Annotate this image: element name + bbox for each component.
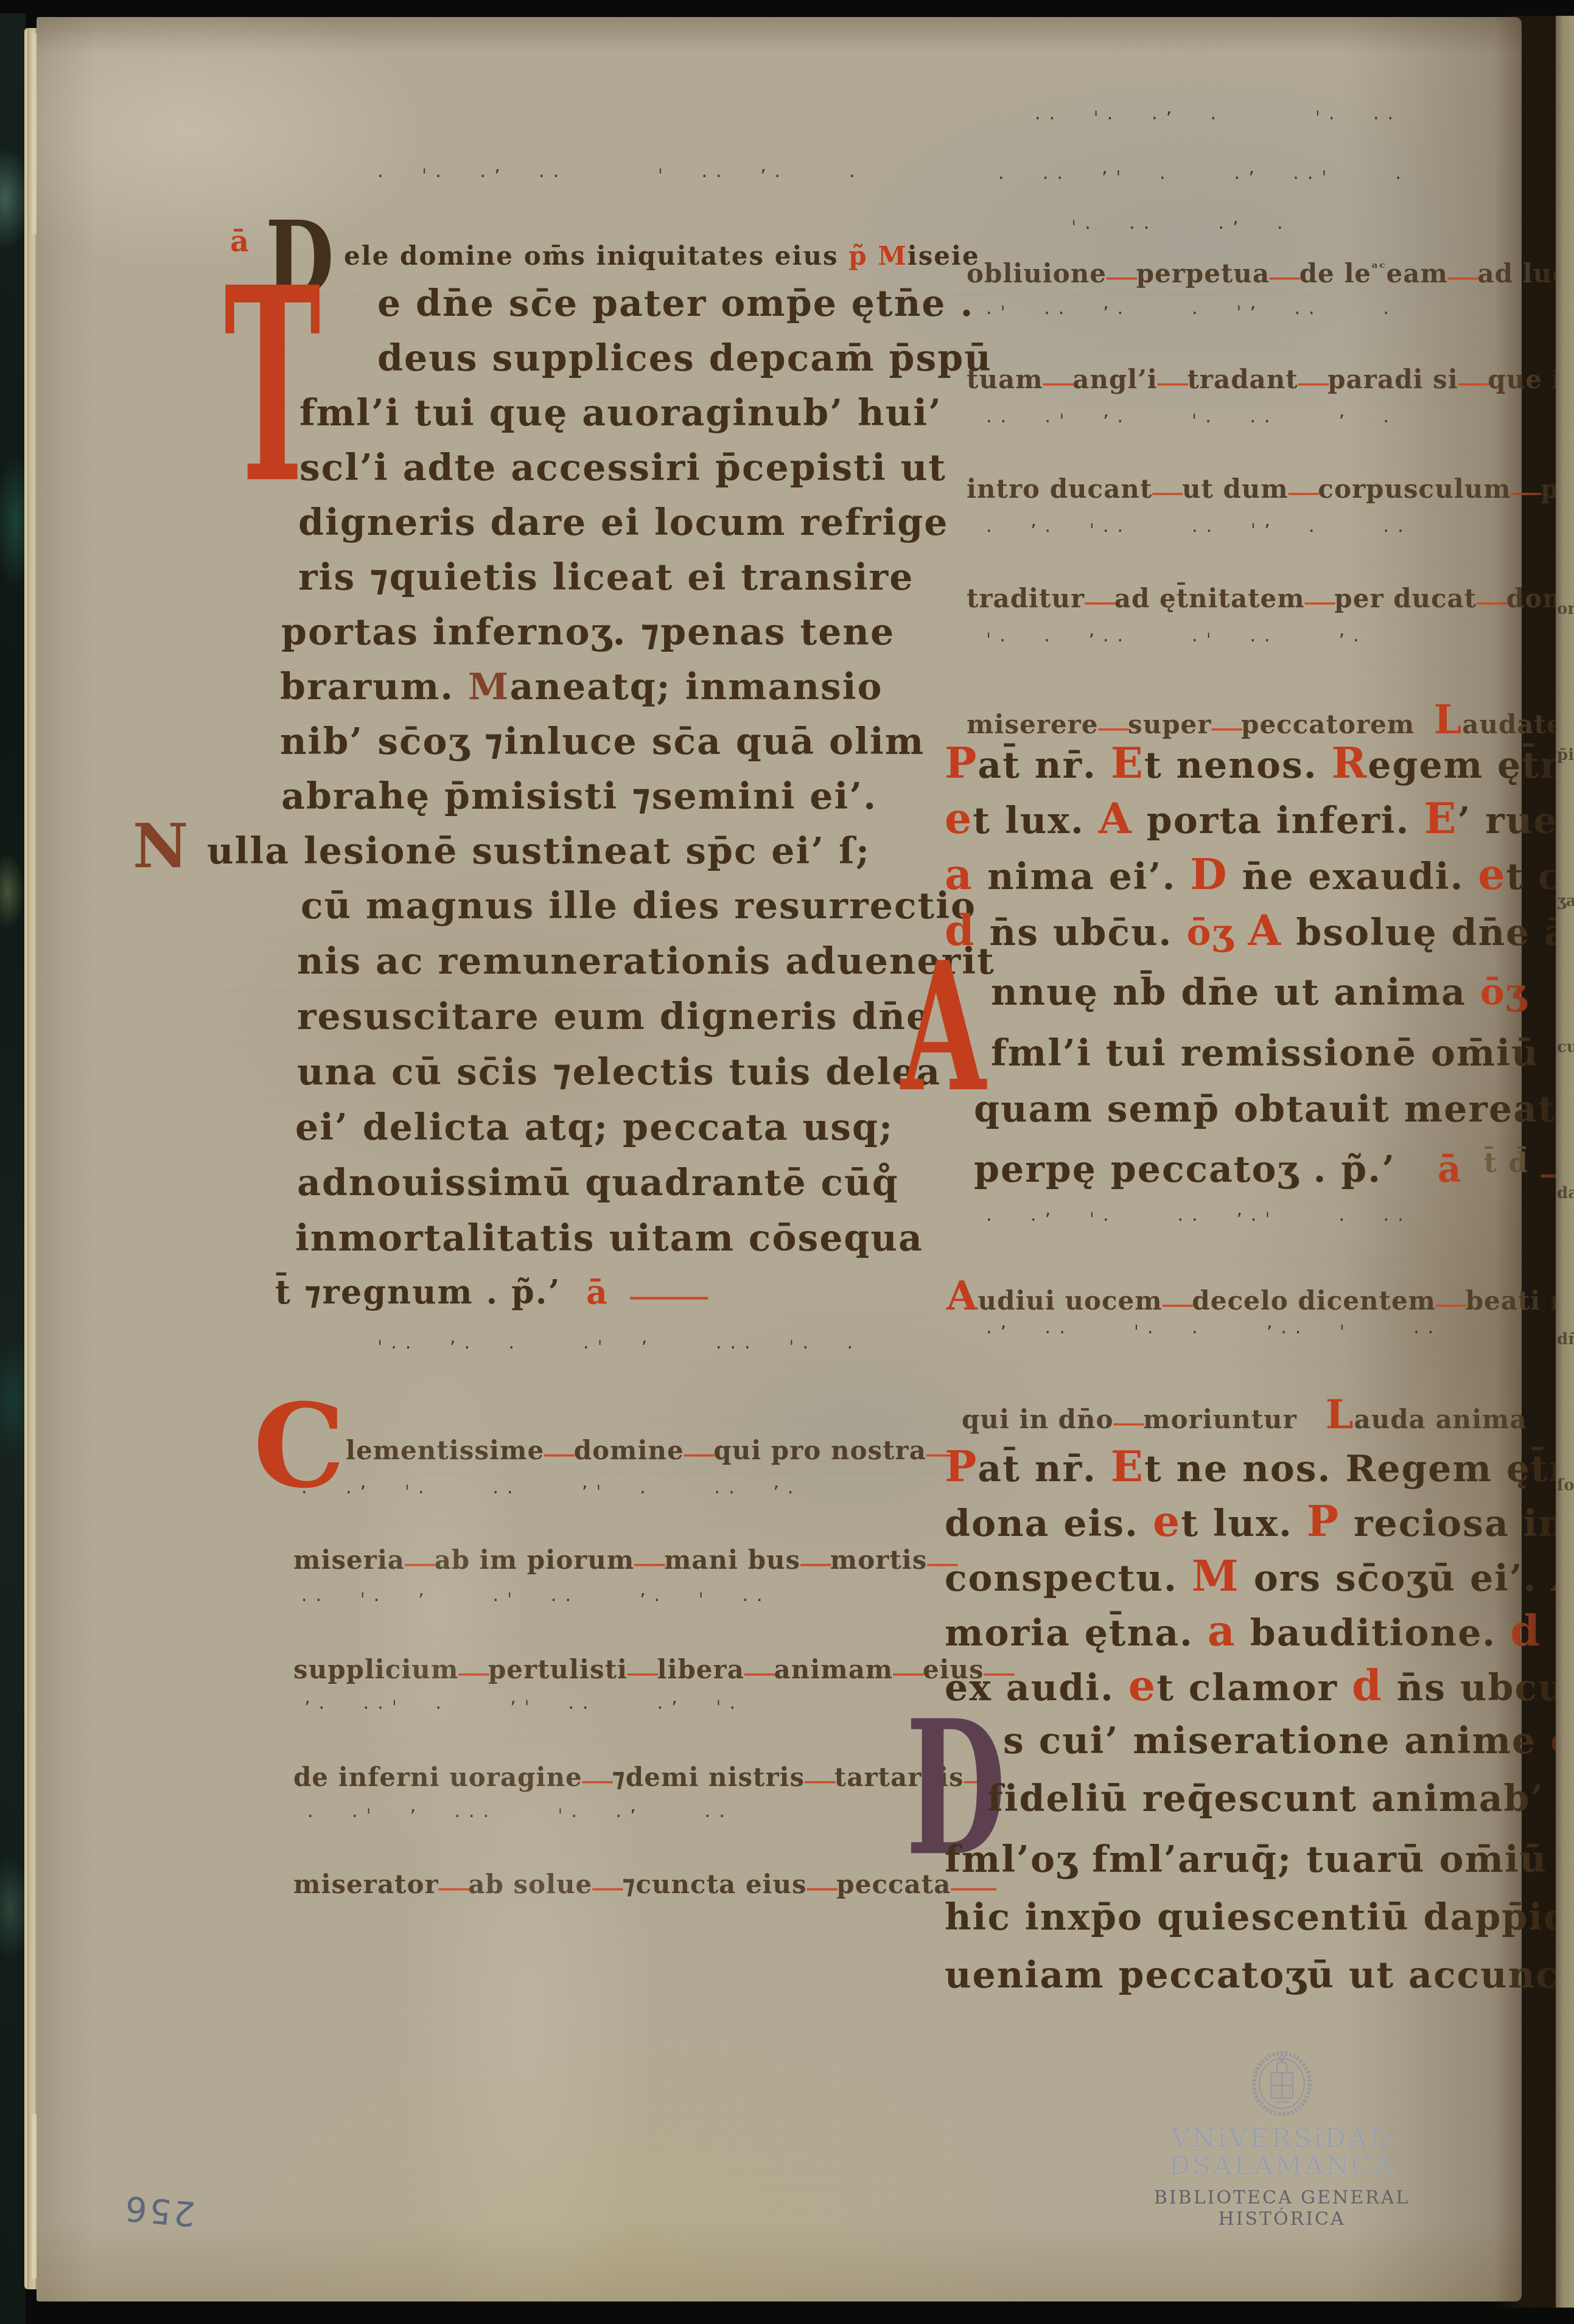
left-column-line-18: nis ac remunerationis aduenerit <box>297 943 995 980</box>
text-segment: ei’ delicta atq; peccata usq; <box>295 1106 894 1149</box>
text-segment: ── <box>1305 588 1335 618</box>
text-segment: ── <box>807 1874 837 1904</box>
text-segment: scl’i adte accessiri p̄cepisti ut <box>299 447 946 489</box>
text-segment: D <box>1190 850 1228 899</box>
text-segment: traditur <box>967 584 1085 613</box>
right-column-neume-band-6: ·· ·ˈ ʼ· ˈ· ·· ʼ · <box>986 411 1397 433</box>
right-column-line-15: d n̄s ubc̄u. ōʒ A bsoluę dn̄e āiā <box>945 910 1574 952</box>
text-segment: animam <box>774 1655 894 1684</box>
text-segment: ōʒ <box>1186 912 1248 954</box>
right-column-line-29: ex audi. et clamor d n̄s ubcum <box>945 1665 1574 1708</box>
right-column-line-14: a nima ei’. D n̄e exaudi. et clamor <box>945 854 1574 896</box>
text-segment: de le <box>1299 259 1371 288</box>
text-segment: P <box>945 1442 978 1492</box>
text-segment: peccatorem <box>1241 710 1433 739</box>
text-segment: ── <box>582 1767 612 1797</box>
text-segment: hic inxp̄o quiescentiū dapp̄ici <box>945 1896 1574 1939</box>
text-segment: ── <box>1152 479 1182 509</box>
initial-N-nulla: N <box>133 822 188 870</box>
right-column-neume-band-10: ˈ· · ʼ·· ·ˈ ·· ʼ· <box>986 630 1368 652</box>
left-column-line-16: ulla lesionē sustineat sp̄c ei’ ſ; <box>207 833 870 870</box>
text-segment: miserere <box>967 710 1098 739</box>
text-segment: dona eis. <box>945 1502 1153 1545</box>
text-segment: ── <box>1158 369 1187 399</box>
text-segment: a <box>945 850 973 899</box>
left-column-line-29: miseria──ab im piorum──mani bus──mortis─… <box>293 1548 957 1578</box>
text-segment: resuscitare eum digneris dn̄e <box>297 996 931 1038</box>
right-column-line-5: tuam──angl’i──tradant──paradi si──que ia… <box>967 367 1574 397</box>
initial-A-annue: A <box>901 957 986 1099</box>
text-segment: adnouissimū quadrantē cūq̊ <box>297 1162 899 1204</box>
right-column-line-19: quam semp̄ obtauit mereatur <box>974 1091 1574 1128</box>
text-segment: ab im piorum <box>435 1545 635 1575</box>
text-segment: moria ęt̄na. <box>945 1612 1208 1655</box>
text-segment: ⁊cuncta eius <box>622 1869 807 1899</box>
left-column-line-11: portas infernoʒ. ⁊penas tene <box>281 614 895 651</box>
text-segment: una cū sc̄is ⁊electis tuis delea <box>297 1051 941 1094</box>
text-segment: bsoluę dn̄e āiā <box>1282 912 1574 954</box>
text-segment: ele domine om̄s iniquitates eius <box>344 241 848 271</box>
text-segment: fml’oʒ fml’aruq̄; tuarū om̄iū <box>945 1838 1547 1881</box>
left-column-neume-band-32: ʼ· ··ˈ · ʼˈ ·· ·ʼ ˈ· <box>304 1698 744 1719</box>
facing-page-text-fragment: ſo <box>1557 1476 1574 1495</box>
text-segment: n̄e exaudi. <box>1228 856 1478 898</box>
right-column-line-28: moria ęt̄na. a bauditione. d n̄e <box>945 1610 1574 1653</box>
text-segment: R <box>1332 739 1368 788</box>
text-segment: ── <box>628 1659 657 1689</box>
stamp-biblioteca: BIBLIOTECA GENERAL HISTÓRICA <box>1149 2187 1415 2230</box>
text-segment: n̄s ubc̄u. <box>976 912 1187 954</box>
right-column-neume-band-21: · ·ʼ ˈ· ·· ʼ·ˈ · ·· <box>986 1210 1412 1231</box>
text-segment: portas infernoʒ. ⁊penas tene <box>281 611 895 654</box>
text-segment: ── <box>405 1550 435 1580</box>
text-segment: perpę peccatoʒ . p̃.’ <box>974 1148 1396 1191</box>
text-segment: porta inferi. <box>1133 800 1424 842</box>
text-segment: supplicium <box>293 1655 458 1684</box>
left-column-line-9: digneris dare ei locum refrige <box>298 504 948 541</box>
text-segment: egem ęt̄nā . <box>1368 744 1574 787</box>
left-column-line-23: inmortalitatis uitam cōsequa <box>295 1220 923 1257</box>
right-column-neume-band-0: ·· ˈ· ·ʼ · ˈ· ·· <box>1035 108 1402 130</box>
text-segment: ── <box>1043 369 1073 399</box>
text-segment: M <box>1192 1552 1240 1601</box>
text-segment: nima ei’. <box>973 856 1190 898</box>
text-segment: ── <box>1511 479 1541 509</box>
text-segment: cū magnus ille dies resurrectio <box>301 885 976 927</box>
text-segment: ── <box>1298 369 1328 399</box>
folio-number: 256 <box>121 2188 197 2233</box>
text-segment: s cui’ miseratione anime <box>1003 1720 1550 1762</box>
text-segment: ā <box>586 1272 609 1311</box>
text-segment: digneris dare ei locum refrige <box>298 501 948 544</box>
text-segment: ut dum <box>1182 474 1289 504</box>
text-segment: miserator <box>293 1869 439 1899</box>
left-column-line-13: nib’ sc̄oʒ ⁊inluce sc̄a quā olim <box>280 724 925 760</box>
text-segment: nnuę nb̄ dn̄e ut anima <box>991 971 1480 1014</box>
text-segment: miseria <box>293 1545 405 1575</box>
text-segment: t clamor <box>1156 1667 1352 1709</box>
left-column-line-3: ele domine om̄s iniquitates eius p̃ Mise… <box>344 243 980 269</box>
text-segment: t̄ ⁊regnum . p̃.’ <box>275 1272 586 1311</box>
text-segment: ── <box>1085 588 1114 618</box>
left-column-line-27: lementissime──domine──qui pro nostra── <box>346 1438 956 1468</box>
initial-C-clementissime: C <box>253 1400 345 1492</box>
text-segment: eam <box>1387 259 1448 288</box>
text-segment: ── <box>1107 263 1136 293</box>
left-column-line-5: e dn̄e sc̄e pater omp̄e ętn̄e . <box>377 285 974 322</box>
left-column-line-24: t̄ ⁊regnum . p̃.’ ā ──── <box>275 1275 707 1314</box>
right-column-neume-band-1: · ·· ʼˈ · ·ʼ ··ˈ · <box>998 168 1410 189</box>
text-segment: fideliū req̄escunt animab’ <box>987 1778 1544 1820</box>
text-segment: ──── <box>609 1279 707 1317</box>
left-column-neume-band-28: · ·ʼ ˈ· ·· ʼˈ · ·· ʼ· <box>301 1482 802 1504</box>
text-segment: qui pro nostra <box>713 1436 926 1465</box>
text-segment: A <box>1248 906 1282 955</box>
left-column-line-20: una cū sc̄is ⁊electis tuis delea <box>297 1054 941 1090</box>
text-segment: ── <box>458 1659 488 1689</box>
text-segment: udiui uocem <box>978 1286 1163 1316</box>
facing-page-text-fragment: dab’ <box>1557 1184 1574 1202</box>
facing-page-text-fragment: cum <box>1557 1038 1574 1056</box>
right-column-line-22: Audiui uocem──decelo dicentem──beati mor… <box>946 1277 1574 1319</box>
right-column-line-13: et lux. A porta inferi. E’ rue dn̄e <box>945 798 1574 840</box>
stamp-salamanca: ÐSALAMANCA <box>1149 2152 1415 2180</box>
text-segment: t̄ d̄ <box>1463 1146 1529 1179</box>
right-column-line-34: hic inxp̄o quiescentiū dapp̄ici <box>945 1899 1574 1936</box>
text-segment: tradant <box>1187 365 1298 394</box>
facing-page-text-fragment: p̄iſ <box>1557 746 1574 764</box>
text-segment: pertulisti <box>488 1655 628 1684</box>
text-segment: domine <box>574 1436 684 1465</box>
right-column-line-7: intro ducant──ut dum──corpusculum──pulue… <box>967 476 1574 507</box>
left-column-line-14: abrahę p̄misisti ⁊semini ei’. <box>281 778 877 815</box>
text-segment: brarum. <box>280 666 468 708</box>
text-segment: super <box>1128 710 1211 739</box>
facing-page-text-fragment: om̄i <box>1557 600 1574 618</box>
right-column-line-17: nnuę nb̄ dn̄e ut anima ōʒ <box>991 974 1528 1011</box>
text-segment: moriuntur <box>1143 1405 1326 1434</box>
manuscript-photo-scene: VNiVERSiDAD ÐSALAMANCA BIBLIOTECA GENERA… <box>0 0 1574 2324</box>
left-column-neume-band-25: ˈ·· ʼ· · ·ˈ ʼ ··· ˈ· · <box>377 1338 861 1359</box>
text-segment: mortis <box>830 1545 928 1575</box>
right-column-line-24: qui in dn̄o──moriuntur Lauda anima <box>962 1395 1527 1437</box>
text-segment: p̃ <box>848 241 878 271</box>
text-segment: deus supplices depcam̄ p̄spū <box>377 337 992 380</box>
text-segment: abrahę p̄misisti ⁊semini ei’. <box>281 775 877 818</box>
left-column-line-17: cū magnus ille dies resurrectio <box>301 888 976 924</box>
text-segment: ── <box>805 1767 834 1797</box>
text-segment: reciosa in <box>1340 1502 1566 1545</box>
text-segment: ── <box>744 1659 774 1689</box>
right-column-line-33: fml’oʒ fml’aruq̄; tuarū om̄iū <box>945 1841 1547 1878</box>
text-segment: L <box>1326 1392 1354 1438</box>
text-segment: aneatq; inmansio <box>509 666 883 708</box>
text-segment: ad ęt̄nitatem <box>1114 584 1305 613</box>
text-segment: ── <box>1270 263 1299 293</box>
text-segment: ── <box>1289 479 1318 509</box>
text-segment: ── <box>439 1874 469 1904</box>
text-segment: d <box>1352 1661 1383 1711</box>
text-segment: ── <box>800 1550 830 1580</box>
text-segment: ── <box>1448 263 1478 293</box>
text-segment: ── <box>592 1874 622 1904</box>
text-segment: A <box>1099 794 1133 843</box>
text-segment: nib’ sc̄oʒ ⁊inluce sc̄a quā olim <box>280 721 925 763</box>
text-segment: ── <box>1436 1291 1466 1321</box>
text-segment: M <box>468 666 509 708</box>
text-segment: fml’i tui quę auoraginub’ hui’ <box>299 392 942 434</box>
text-segment: E <box>1111 739 1144 788</box>
text-segment: e <box>945 794 973 843</box>
text-segment: e dn̄e sc̄e pater omp̄e ętn̄e . <box>377 282 974 325</box>
right-column-line-11: miserere──super──peccatorem Laudate dm̄i… <box>967 700 1574 742</box>
right-column-line-27: conspectu. M ors sc̄oʒū ei’. An me <box>945 1555 1574 1598</box>
left-column-line-10: ris ⁊quietis liceat ei transire <box>298 559 914 596</box>
text-segment: M <box>878 241 908 271</box>
right-column-line-32: fideliū req̄escunt animab’ <box>987 1781 1544 1817</box>
text-segment: ⁊demi nistris <box>612 1762 805 1792</box>
text-segment: ōʒ <box>1480 971 1528 1014</box>
text-segment: ── <box>1458 369 1488 399</box>
text-segment: de inferni uoragine <box>293 1762 582 1792</box>
text-segment: ulla lesionē sustineat sp̄c ei’ ſ; <box>207 830 870 873</box>
text-segment: ā <box>1396 1148 1463 1191</box>
right-column-line-31: s cui’ miseratione anime ōʒ <box>1003 1723 1574 1759</box>
left-column-line-12: brarum. Maneatq; inmansio <box>280 669 883 705</box>
left-column-line-6: deus supplices depcam̄ p̄spū <box>377 340 992 377</box>
text-segment: t lux. <box>1181 1502 1307 1545</box>
text-segment: E <box>1424 794 1457 843</box>
text-segment: ueniam peccatoʒū ut accunctis <box>945 1954 1574 1997</box>
text-segment: ── <box>684 1440 714 1470</box>
text-segment: ── <box>544 1440 574 1470</box>
text-segment: mani bus <box>664 1545 800 1575</box>
text-segment: e <box>1478 850 1506 899</box>
right-column-neume-band-4: ·ˈ ·· ʼ· · ˈʼ ·· · <box>986 303 1397 324</box>
left-column-neume-band-0: · ˈ· ·ʼ ·· ˈ ·· ʼ· · <box>377 166 864 187</box>
text-segment: decelo dicentem <box>1192 1286 1436 1316</box>
library-stamp: VNiVERSiDAD ÐSALAMANCA BIBLIOTECA GENERA… <box>1149 2048 1415 2230</box>
text-segment: tuam <box>967 365 1043 394</box>
text-segment: n̄s ubcum <box>1383 1667 1574 1709</box>
right-column-line-26: dona eis. et lux. P reciosa in <box>945 1501 1566 1543</box>
text-segment: nis ac remunerationis aduenerit <box>297 940 995 983</box>
right-column-neume-band-23: ·ʼ ·· ˈ· · ʼ·· ˈ ·· <box>986 1322 1442 1344</box>
text-segment: e <box>1153 1497 1181 1546</box>
text-segment: inmortalitatis uitam cōsequa <box>295 1217 923 1260</box>
text-segment: ── <box>1163 1291 1192 1321</box>
left-column-line-21: ei’ delicta atq; peccata usq; <box>295 1109 894 1146</box>
text-segment: ᵃᶜ <box>1371 259 1387 277</box>
book-binding-edge <box>0 13 26 2324</box>
right-column-line-25: Pat̄ nr̄. Et ne nos. Regem ęt̄nā <box>945 1446 1574 1488</box>
text-segment: d <box>1510 1607 1541 1656</box>
right-column-line-9: traditur──ad ęt̄nitatem──per ducat──domi… <box>967 586 1574 616</box>
text-segment: ── <box>1211 714 1241 744</box>
university-seal-icon <box>1250 2048 1313 2116</box>
right-column-line-3: obliuione──perpetua──de leᵃᶜeam──ad luce… <box>967 260 1574 291</box>
left-column-line-33: de inferni uoragine──⁊demi nistris──tart… <box>293 1765 993 1795</box>
left-column-line-8: scl’i adte accessiri p̄cepisti ut <box>299 450 946 486</box>
text-segment: ── <box>1477 588 1506 618</box>
text-segment: lementissime <box>346 1436 544 1465</box>
text-segment: t nenos. <box>1144 744 1332 787</box>
facing-page-text-fragment: dn̄i <box>1557 1330 1574 1349</box>
text-segment: paradi si <box>1327 365 1458 394</box>
text-segment: qui in dn̄o <box>962 1405 1114 1434</box>
text-segment: ris ⁊quietis liceat ei transire <box>298 556 914 599</box>
text-segment: perpetua <box>1136 259 1270 288</box>
right-column-line-20: perpę peccatoʒ . p̃.’ ā t̄ d̄ ─── <box>974 1149 1574 1195</box>
text-segment: at̄ nr̄. <box>978 744 1111 787</box>
text-segment: fml’i tui remissionē om̄iū <box>991 1032 1539 1075</box>
text-segment: a <box>1208 1607 1236 1656</box>
text-segment: P <box>945 739 978 788</box>
text-segment: ab solue <box>468 1869 592 1899</box>
text-segment: intro ducant <box>967 474 1152 504</box>
right-column-line-35: ueniam peccatoʒū ut accunctis <box>945 1957 1574 1994</box>
left-column-line-35: miserator──ab solue──⁊cuncta eius──pecca… <box>293 1872 995 1902</box>
manuscript-page: VNiVERSiDAD ÐSALAMANCA BIBLIOTECA GENERA… <box>37 17 1522 2301</box>
right-column-line-18: fml’i tui remissionē om̄iū <box>991 1035 1539 1072</box>
text-segment: ── <box>634 1550 664 1580</box>
facing-page-text-fragment: ʒal <box>1557 892 1574 910</box>
text-segment: ── <box>1114 1409 1144 1439</box>
stamp-university-name: VNiVERSiDAD <box>1149 2125 1415 2152</box>
text-segment: conspectu. <box>945 1557 1192 1600</box>
text-segment: corpusculum <box>1318 474 1511 504</box>
text-segment: t lux. <box>973 800 1099 842</box>
facing-page-sliver: om̄ip̄iſʒalcumdab’dn̄iſo <box>1556 16 1574 2308</box>
text-segment: quam semp̄ obtauit mereatur <box>974 1088 1574 1131</box>
text-segment: bauditione. <box>1236 1612 1510 1655</box>
text-segment: at̄ nr̄. <box>978 1448 1111 1490</box>
left-column-line-19: resuscitare eum digneris dn̄e <box>297 999 931 1035</box>
text-segment: E <box>1111 1442 1144 1492</box>
text-segment: libera <box>657 1655 744 1684</box>
text-segment: auda anima <box>1354 1405 1527 1434</box>
text-segment: angl’i <box>1072 365 1158 394</box>
text-segment: P <box>1307 1497 1340 1546</box>
text-segment: obliuione <box>967 259 1107 288</box>
text-segment: A <box>946 1273 978 1319</box>
left-column-neume-band-30: ·· ˈ· ʼ ·ˈ ·· ʼ· ˈ ·· <box>301 1590 771 1611</box>
text-segment: ors sc̄oʒū ei’. <box>1240 1557 1551 1600</box>
left-column-line-22: adnouissimū quadrantē cūq̊ <box>297 1165 899 1201</box>
left-column-line-7: fml’i tui quę auoraginub’ hui’ <box>299 395 942 431</box>
left-column-neume-band-34: · ·ˈ ʼ ··· ˈ· ·ʼ ·· <box>307 1806 733 1827</box>
text-segment: t ne nos. Regem ęt̄nā <box>1144 1448 1574 1490</box>
right-column-neume-band-2: ˈ· ·· ·ʼ · <box>1071 218 1292 239</box>
text-segment: L <box>1433 697 1462 743</box>
text-segment: e <box>1128 1661 1156 1711</box>
right-column-line-12: Pat̄ nr̄. Et nenos. Regem ęt̄nā . <box>945 742 1574 785</box>
right-column-neume-band-8: · ʼ· ˈ·· ·· ˈʼ · ·· <box>986 521 1412 542</box>
text-segment: per ducat <box>1334 584 1477 613</box>
